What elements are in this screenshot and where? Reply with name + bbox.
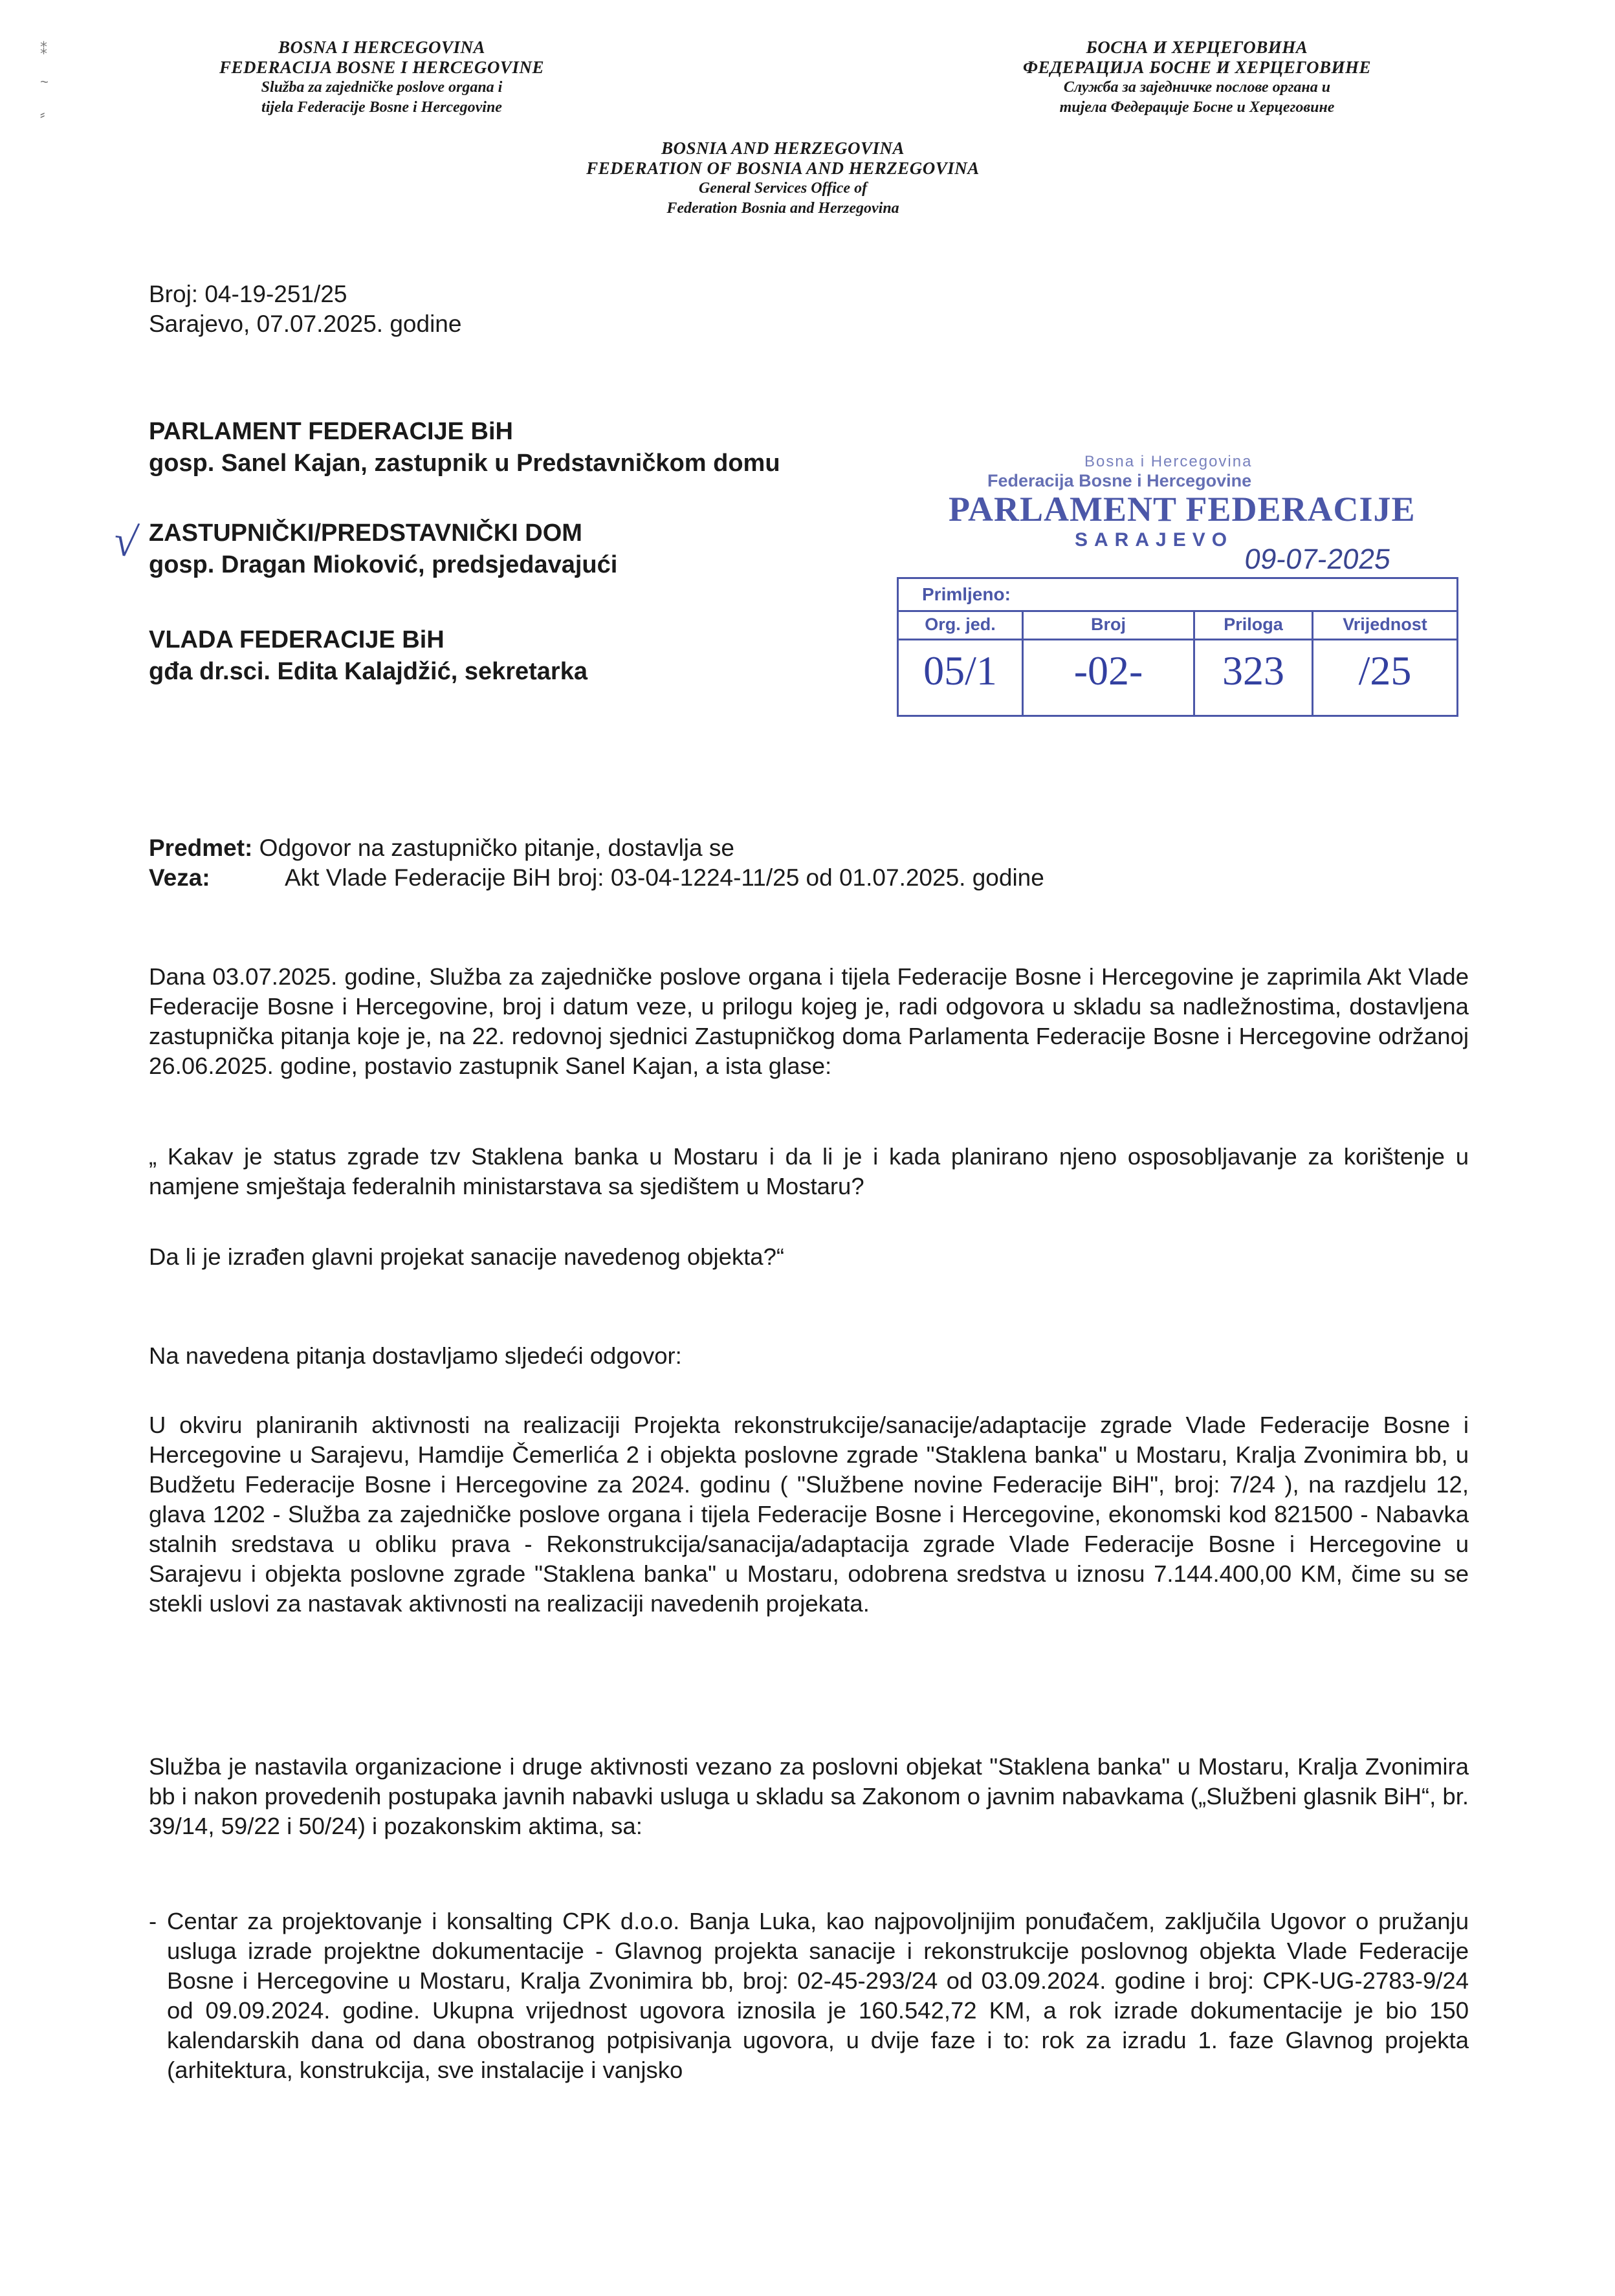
stamp-column: Priloga 323: [1195, 610, 1313, 715]
margin-mark: ⁑: [40, 34, 66, 66]
letterhead-left: BOSNA I HERCEGOVINA FEDERACIJA BOSNE I H…: [155, 38, 608, 118]
paragraph: Služba je nastavila organizacione i drug…: [149, 1752, 1469, 1841]
recipient-person: gđa dr.sci. Edita Kalajdžić, sekretarka: [149, 656, 588, 688]
recipient-person: gosp. Sanel Kajan, zastupnik u Predstavn…: [149, 448, 780, 479]
margin-marks: ⁑ ~ ⸗: [40, 34, 66, 131]
bullet-item: -Centar za projektovanje i konsalting CP…: [149, 1907, 1469, 2085]
stamp-grid: Primljeno: Org. jed. 05/1 Broj -02- Pril…: [897, 577, 1458, 717]
letterhead-right: БОСНА И ХЕРЦЕГОВИНА ФЕДЕРАЦИЈА БОСНЕ И Х…: [971, 38, 1423, 118]
paragraph: U okviru planiranih aktivnosti na realiz…: [149, 1410, 1469, 1619]
stamp-column: Vrijednost /25: [1313, 610, 1456, 715]
recipient-block: VLADA FEDERACIJE BiH gđa dr.sci. Edita K…: [149, 624, 588, 688]
recipient-org: VLADA FEDERACIJE BiH: [149, 624, 588, 656]
paragraph: Na navedena pitanja dostavljamo sljedeći…: [149, 1341, 1469, 1371]
margin-mark: ~: [40, 66, 66, 98]
margin-mark: ⸗: [40, 98, 66, 131]
recipient-block: PARLAMENT FEDERACIJE BiH gosp. Sanel Kaj…: [149, 416, 780, 479]
subject-line: Predmet: Odgovor na zastupničko pitanje,…: [149, 833, 734, 863]
reference-label: Veza:: [149, 863, 285, 893]
quoted-question: Da li je izrađen glavni projekat sanacij…: [149, 1242, 1469, 1272]
reference-line: Veza:Akt Vlade Federacije BiH broj: 03-0…: [149, 863, 1044, 893]
document-place-date: Sarajevo, 07.07.2025. godine: [149, 309, 461, 339]
stamp-column: Org. jed. 05/1: [899, 610, 1024, 715]
document-number: Broj: 04-19-251/25: [149, 279, 461, 309]
reference-text: Akt Vlade Federacije BiH broj: 03-04-122…: [285, 864, 1044, 891]
subject-text: Odgovor na zastupničko pitanje, dostavlj…: [259, 835, 734, 861]
stamp-title: PARLAMENT FEDERACIJE: [949, 489, 1416, 529]
paragraph: Dana 03.07.2025. godine, Služba za zajed…: [149, 962, 1469, 1081]
document-meta: Broj: 04-19-251/25 Sarajevo, 07.07.2025.…: [149, 279, 461, 339]
recipient-org: PARLAMENT FEDERACIJE BiH: [149, 416, 780, 448]
stamp-received-date: 09-07-2025: [1242, 543, 1392, 576]
recipient-block: ZASTUPNIČKI/PREDSTAVNIČKI DOM gosp. Drag…: [149, 518, 617, 581]
quoted-question: „ Kakav je status zgrade tzv Staklena ba…: [149, 1142, 1469, 1201]
recipient-person: gosp. Dragan Mioković, predsjedavajući: [149, 549, 617, 581]
stamp-column: Broj -02-: [1024, 610, 1195, 715]
handwritten-check-icon: √: [111, 516, 140, 568]
stamp-received-label: Primljeno:: [922, 584, 1011, 605]
letterhead-center: BOSNIA AND HERZEGOVINA FEDERATION OF BOS…: [524, 138, 1042, 219]
received-stamp: Bosna i Hercegovina Federacija Bosne i H…: [890, 453, 1460, 731]
subject-label: Predmet:: [149, 835, 252, 861]
recipient-org: ZASTUPNIČKI/PREDSTAVNIČKI DOM: [149, 518, 617, 549]
